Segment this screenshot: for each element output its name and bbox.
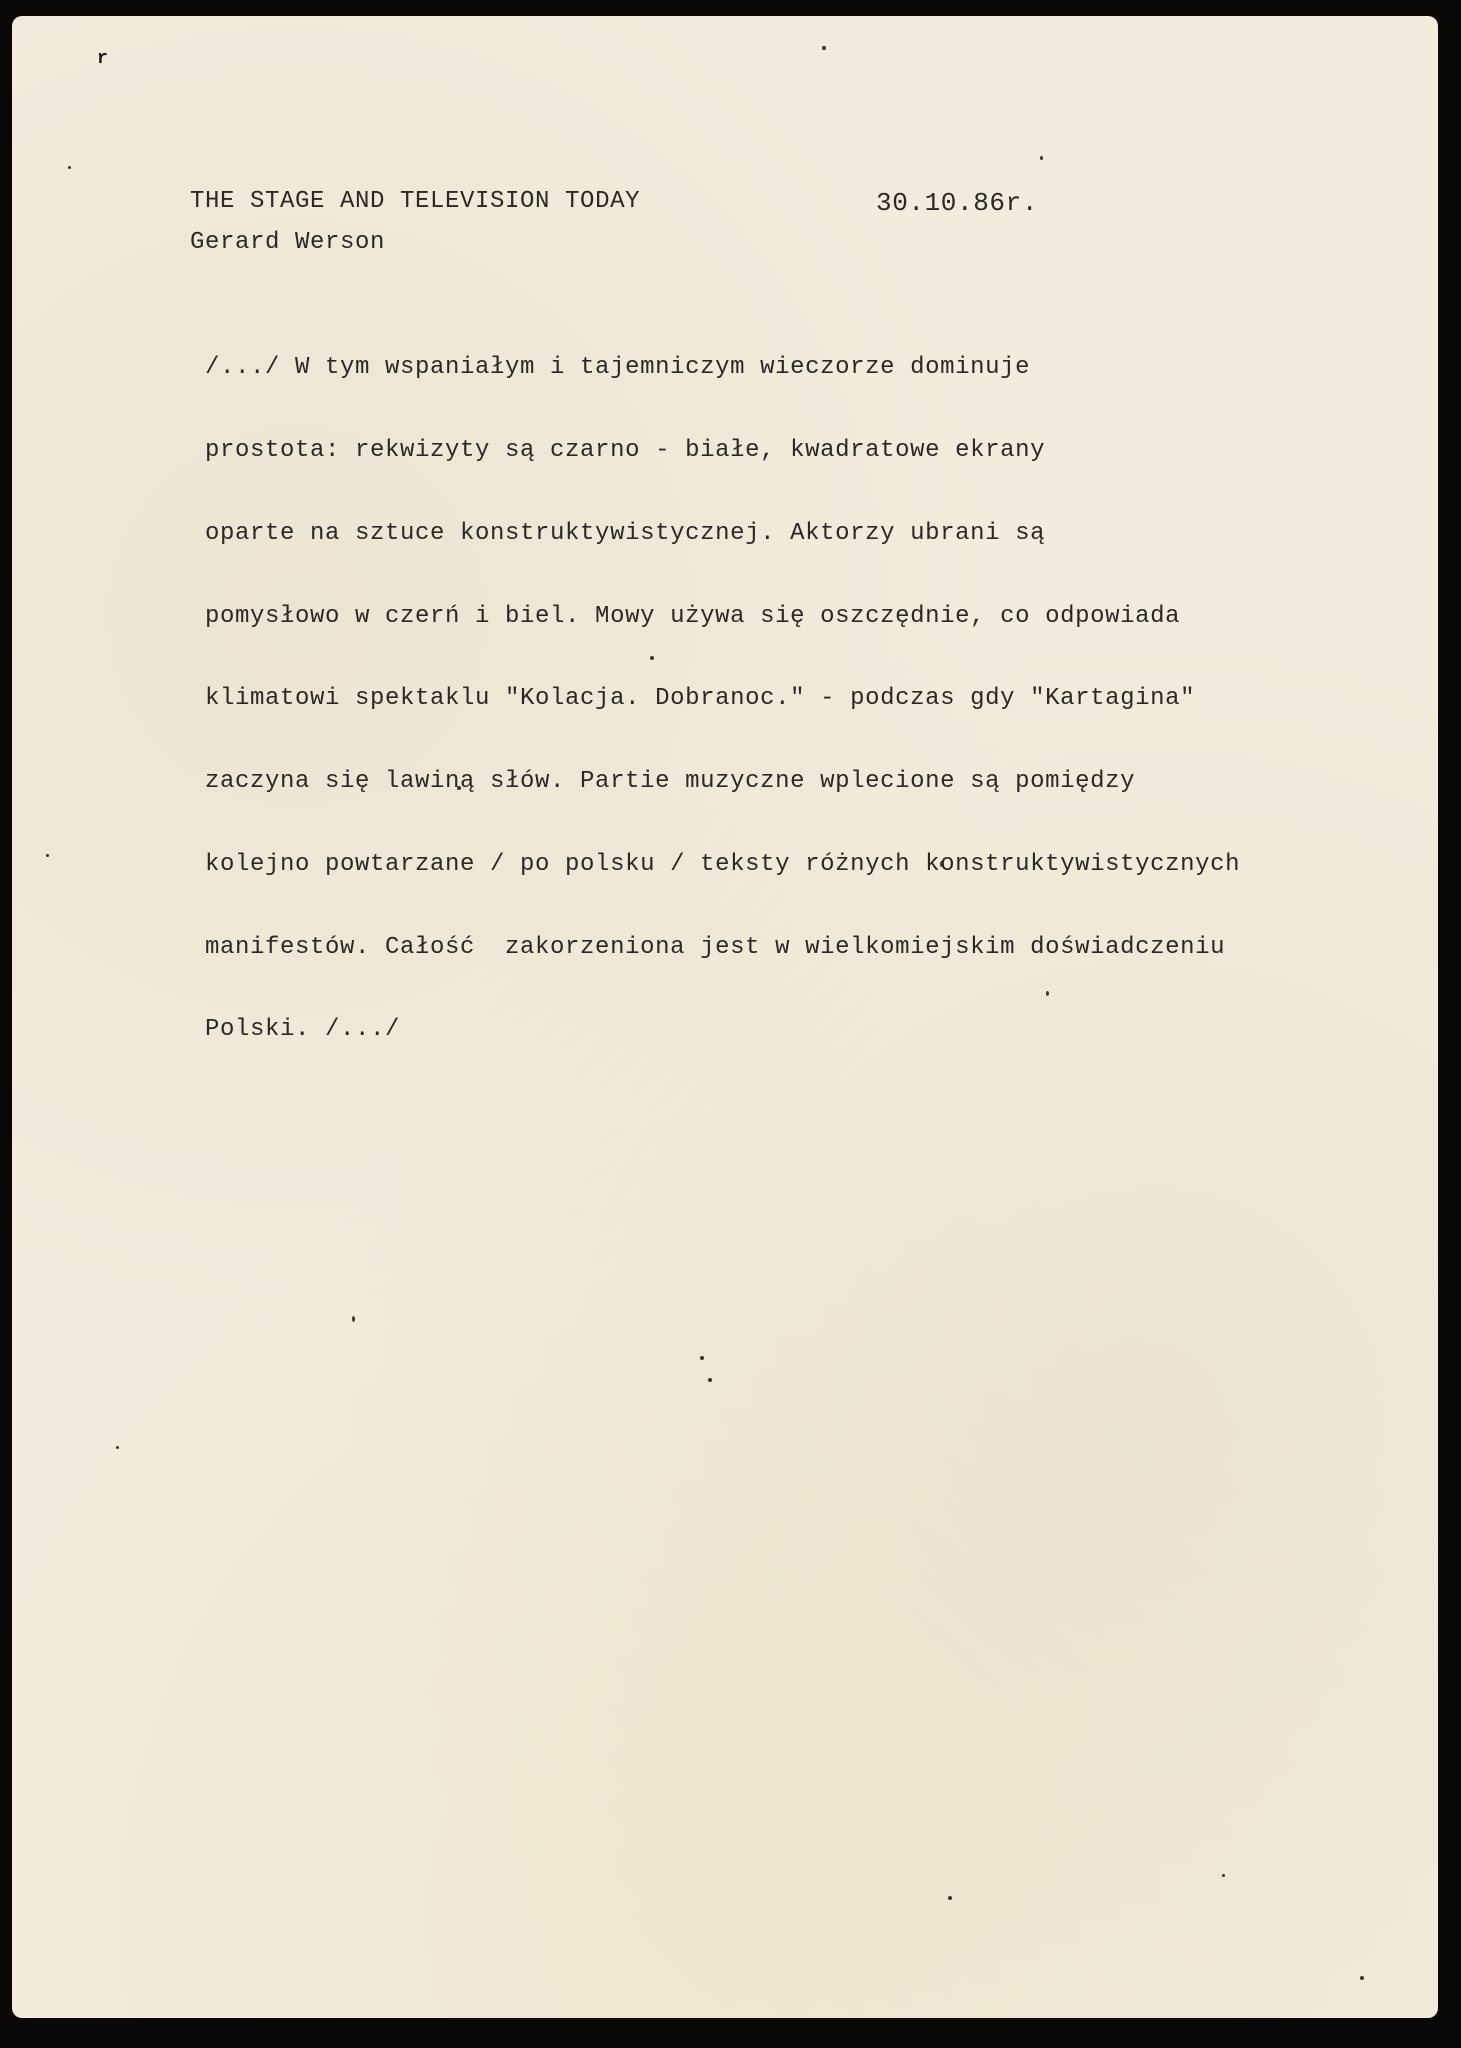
paper-speck: [116, 1446, 119, 1449]
body-line: /.../ W tym wspaniałym i tajemniczym wie…: [205, 354, 1240, 382]
paper-speck: [940, 861, 943, 867]
paper-speck: [650, 656, 654, 660]
paper-speck: [1040, 156, 1043, 160]
corner-mark: r: [97, 49, 108, 69]
paper-speck: [1360, 1976, 1364, 1980]
paper-speck: [457, 786, 461, 790]
paper-speck: [1046, 991, 1049, 996]
paper-speck: [68, 166, 71, 169]
body-line: klimatowi spektaklu "Kolacja. Dobranoc."…: [205, 685, 1240, 713]
body-line: manifestów. Całość zakorzeniona jest w w…: [205, 934, 1240, 962]
paper-speck: [822, 46, 826, 50]
author-name: Gerard Werson: [190, 229, 385, 256]
paper-speck: [700, 1356, 704, 1360]
document-page: r THE STAGE AND TELEVISION TODAY 30.10.8…: [12, 16, 1438, 2018]
paper-speck: [352, 1316, 355, 1322]
body-line: zaczyna się lawiną słów. Partie muzyczne…: [205, 768, 1240, 796]
body-line: kolejno powtarzane / po polsku / teksty …: [205, 851, 1240, 879]
body-line: oparte na sztuce konstruktywistycznej. A…: [205, 520, 1240, 548]
paper-speck: [708, 1378, 712, 1382]
publication-title: THE STAGE AND TELEVISION TODAY: [190, 188, 640, 215]
paper-speck: [1222, 1874, 1225, 1877]
body-line: prostota: rekwizyty są czarno - białe, k…: [205, 437, 1240, 465]
body-line: Polski. /.../: [205, 1016, 1240, 1044]
paper-speck: [46, 854, 49, 857]
article-body: /.../ W tym wspaniałym i tajemniczym wie…: [205, 299, 1240, 1099]
paper-speck: [948, 1896, 952, 1900]
body-line: pomysłowo w czerń i biel. Mowy używa się…: [205, 603, 1240, 631]
publication-date: 30.10.86r.: [876, 188, 1038, 218]
